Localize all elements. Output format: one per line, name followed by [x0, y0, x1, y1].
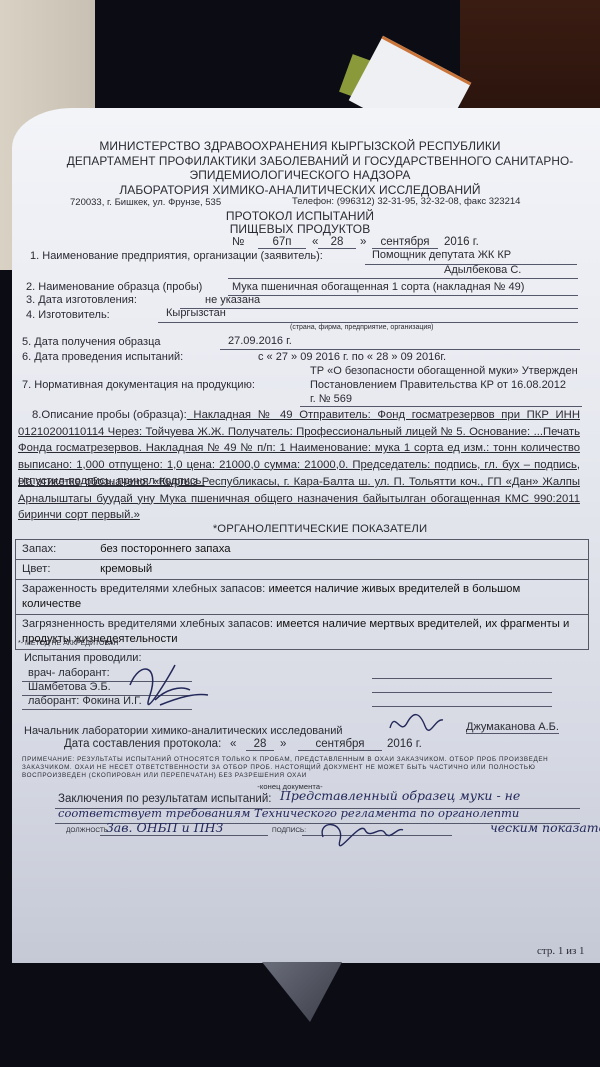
organoleptic-row-infestation: Зараженность вредителями хлебных запасов… — [16, 580, 588, 615]
paper-fold — [262, 962, 342, 1022]
field-6-label: 6. Дата проведения испытаний: — [22, 351, 183, 363]
field-1-label: 1. Наименование предприятия, организации… — [30, 250, 323, 262]
head-of-lab-label: Начальник лаборатории химико-аналитическ… — [24, 725, 343, 737]
compiled-day: 28 — [246, 738, 274, 751]
department-title: ДЕПАРТАМЕНТ ПРОФИЛАКТИКИ ЗАБОЛЕВАНИЙ И Г… — [20, 154, 600, 168]
organoleptic-title: *ОРГАНОЛЕПТИЧЕСКИЕ ПОКАЗАТЕЛИ — [20, 523, 600, 535]
page-number: стр. 1 из 1 — [537, 945, 585, 957]
number-label: № — [232, 236, 244, 248]
field-2-label: 2. Наименование образца (пробы) — [26, 281, 202, 293]
organoleptic-table: Запах: без постороннего запаха Цвет: кре… — [15, 539, 589, 650]
field-1-value: Помощник депутата ЖК КР — [372, 249, 511, 261]
protocol-number: 67п — [258, 236, 306, 249]
field-3-label: 3. Дата изготовления: — [26, 294, 137, 306]
department-title-2: ЭПИДЕМИОЛОГИЧЕСКОГО НАДЗОРА — [0, 168, 600, 182]
tester-signature — [120, 655, 210, 710]
field-4-label: 4. Изготовитель: — [26, 309, 110, 321]
background-table-edge — [460, 0, 600, 120]
field-7-value: ТР «О безопасности обогащенной муки» Утв… — [310, 365, 578, 377]
compiled-month: сентября — [298, 738, 382, 751]
conclusion-handwritten-2: соответствует требованиям Технического р… — [58, 806, 519, 820]
protocol-title: ПРОТОКОЛ ИСПЫТАНИЙ — [0, 209, 600, 223]
compiled-label: Дата составления протокола: — [64, 738, 221, 750]
position-label: ДОЛЖНОСТЬ — [66, 827, 108, 834]
field-6-value: с « 27 » 09 2016 г. по « 28 » 09 2016г. — [258, 351, 446, 363]
laboratory-title: ЛАБОРАТОРИЯ ХИМИКО-АНАЛИТИЧЕСКИХ ИССЛЕДО… — [0, 183, 600, 197]
field-5-label: 5. Дата получения образца — [22, 336, 161, 348]
field-2-value: Мука пшеничная обогащенная 1 сорта (накл… — [232, 281, 524, 293]
field-7-label: 7. Нормативная документация на продукцию… — [22, 379, 255, 391]
field-7-value-2: Постановлением Правительства КР от 16.08… — [310, 379, 566, 391]
protocol-subtitle: ПИЩЕВЫХ ПРОДУКТОВ — [0, 222, 600, 236]
conclusion-handwritten-3: ческим показателям. — [490, 820, 600, 835]
field-5-value: 27.09.2016 г. — [228, 335, 292, 347]
conclusion-signature — [315, 815, 405, 850]
field-4-value: Кыргызстан — [166, 307, 226, 319]
lab-address: 720033, г. Бишкек, ул. Фрунзе, 535 — [70, 197, 221, 208]
tester-1-name: Шамбетова Э.Б. — [28, 681, 111, 693]
conclusion-label: Заключения по результатам испытаний: — [58, 793, 271, 805]
compiled-year: 2016 г. — [387, 738, 422, 750]
field-1-value-2: Адылбекова С. — [444, 264, 521, 276]
head-signature — [385, 708, 445, 738]
lab-phone: Телефон: (996312) 32-31-95, 32-32-08, фа… — [292, 196, 520, 207]
organoleptic-row-smell: Запах: без постороннего запаха — [16, 540, 588, 560]
protocol-year: 2016 г. — [444, 236, 479, 248]
field-4-hint: (страна, фирма, предприятие, организация… — [290, 324, 433, 331]
organoleptic-row-color: Цвет: кремовый — [16, 560, 588, 580]
position-value: Зав. ОНБП и ПНЗ — [106, 820, 223, 835]
label-description: На этикетке обозначено: «Кыргыз Республи… — [18, 474, 580, 524]
signature-label: ПОДПИСЬ: — [272, 827, 306, 834]
field-7-value-3: г. № 569 — [310, 393, 352, 405]
ministry-title: МИНИСТЕРСТВО ЗДРАВООХРАНЕНИЯ КЫРГЫЗСКОЙ … — [0, 139, 600, 153]
protocol-month: сентября — [372, 236, 438, 249]
head-of-lab-name: Джумаканова А.Б. — [466, 721, 559, 734]
footnote: *- МЕТОД НЕ АККРЕДИТОВАН — [18, 640, 119, 647]
tester-1-role: врач- лаборант: — [28, 667, 110, 679]
protocol-day: 28 — [318, 236, 356, 249]
field-3-value: не указана — [205, 294, 260, 306]
disclaimer-note: ПРИМЕЧАНИЕ: РЕЗУЛЬТАТЫ ИСПЫТАНИЙ ОТНОСЯТ… — [22, 756, 582, 780]
conclusion-handwritten-1: Представленный образец муки - не — [280, 788, 520, 803]
